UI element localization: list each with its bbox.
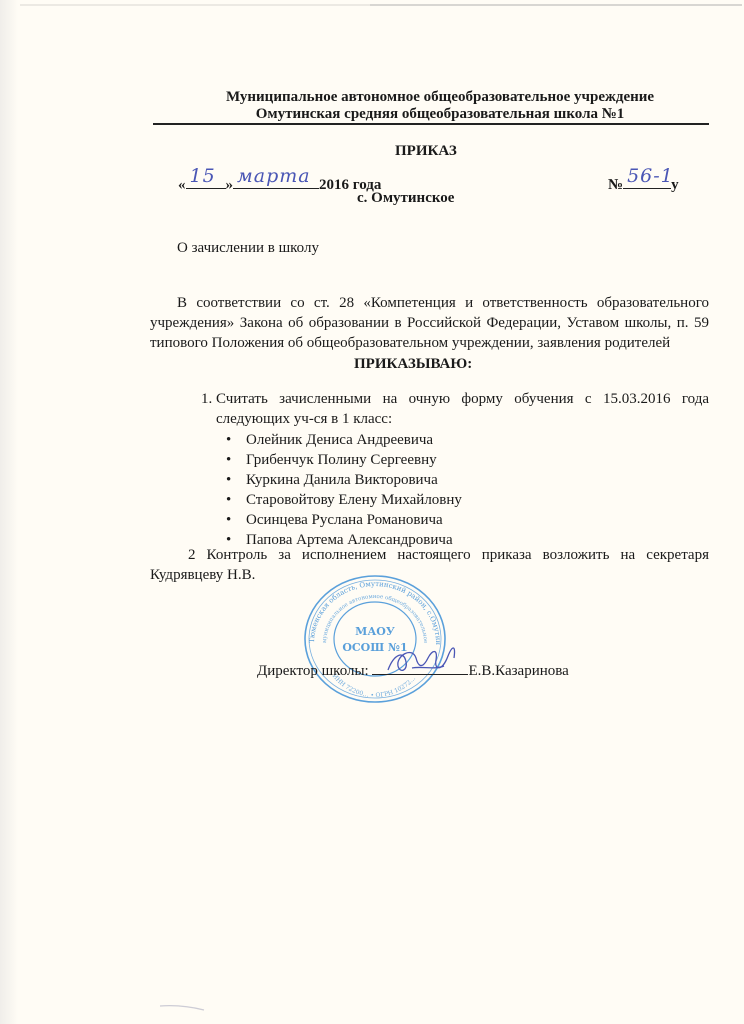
order-subject: О зачислении в школу [177, 240, 319, 257]
date-day-handwritten: 15 [190, 165, 216, 187]
scan-smudge [158, 1003, 208, 1011]
date-close-quote: » [226, 177, 234, 193]
list-item: Олейник Дениса Андреевича [226, 430, 462, 450]
institution-name-line2: Омутинская средняя общеобразовательная ш… [150, 106, 730, 123]
number-handwritten: 56-1 [627, 165, 674, 187]
item-number: 1. [201, 389, 212, 409]
date-month-blank: марта [233, 172, 319, 189]
date-day-blank: 15 [186, 172, 226, 189]
date-open-quote: « [178, 177, 186, 193]
signature-role: Директор школы: [257, 663, 369, 679]
student-list: Олейник Дениса Андреевича Грибенчук Поли… [226, 430, 462, 550]
list-item: Куркина Данила Викторовича [226, 470, 462, 490]
scan-edge [0, 0, 18, 1024]
order-date: «15»марта2016 года [178, 172, 381, 194]
list-item: Осинцева Руслана Романовича [226, 510, 462, 530]
scan-edge [370, 4, 742, 6]
signature-block: Директор школы: Е.В.Казаринова [257, 660, 569, 680]
list-item: Старовойтову Елену Михайловну [226, 490, 462, 510]
order-place: с. Омутинское [357, 190, 454, 207]
stamp-center-line1: МАОУ [355, 625, 395, 638]
signature-blank [372, 660, 468, 675]
list-item: Грибенчук Полину Сергеевну [226, 450, 462, 470]
preamble-text: В соответствии со ст. 28 «Компетенция и … [150, 295, 709, 351]
header-divider [153, 123, 709, 125]
directive-heading: ПРИКАЗЫВАЮ: [354, 356, 472, 373]
number-prefix: № [608, 177, 623, 193]
date-month-handwritten: марта [237, 165, 311, 187]
order-item-1: 1. Считать зачисленными на очную форму о… [201, 389, 709, 429]
document-title: ПРИКАЗ [395, 143, 457, 160]
order-number: №56-1у [608, 172, 679, 194]
item-text: Считать зачисленными на очную форму обуч… [216, 389, 709, 429]
preamble-paragraph: В соответствии со ст. 28 «Компетенция и … [150, 293, 709, 353]
handwritten-signature-icon [382, 640, 462, 680]
number-blank: 56-1 [623, 172, 671, 189]
institution-name-line1: Муниципальное автономное общеобразовател… [150, 89, 730, 106]
signature-name: Е.В.Казаринова [468, 663, 568, 679]
